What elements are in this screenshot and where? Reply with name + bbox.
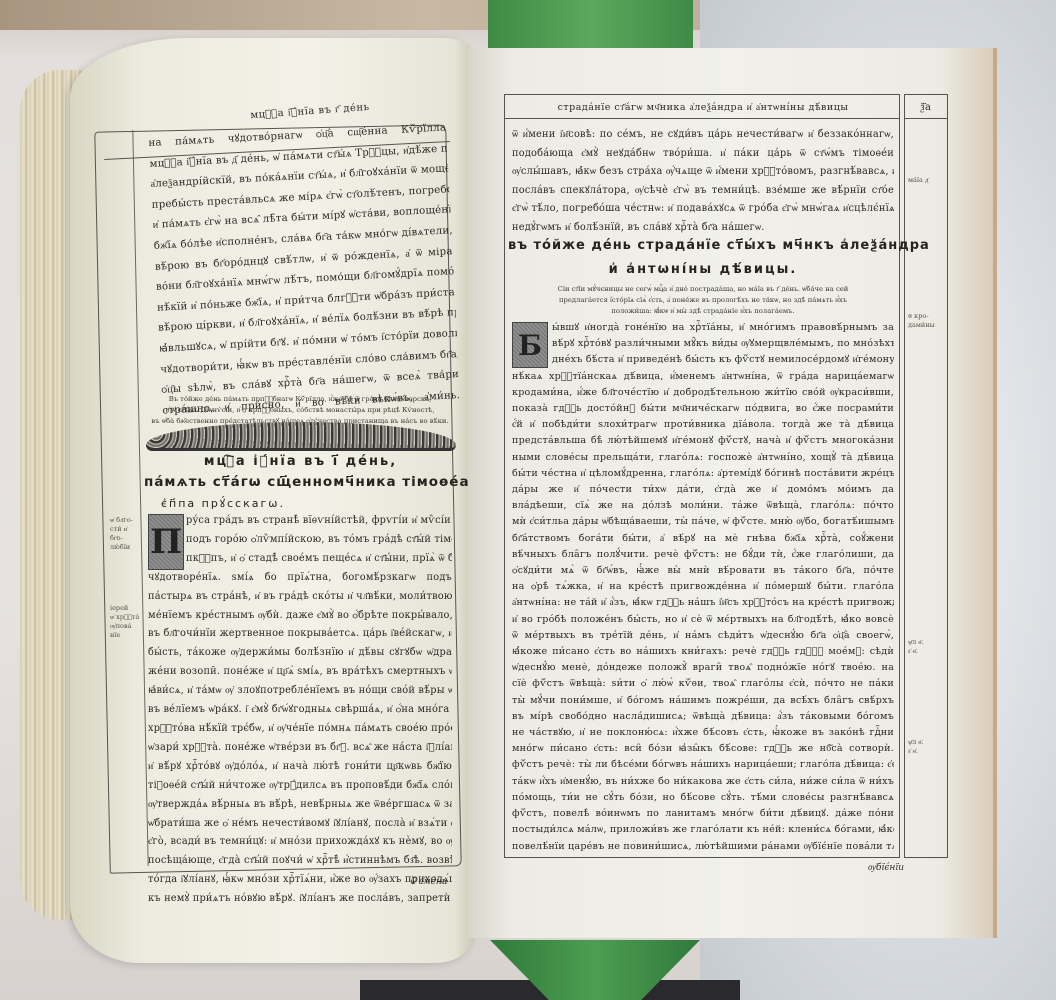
text-line: мѝ є҆си́тльа да́ры ѡ҆бѣща́ваеши, ты̀ па́… — [512, 514, 894, 530]
text-line: кродами́на, и҆́же бл҃гоче́стїю и҆ доброд… — [512, 385, 894, 401]
right-margin-note-3: ѱ҃л ѳ҃. ѕ҃ ѳ҃. — [908, 638, 946, 656]
text-line: ѻ҆сꙋди́ти мѧ̀ ѿ бг҃ѡ́въ, ꙗ҆́же вы̀ мнѝ в… — [512, 563, 894, 579]
text-line: бы́сть, та́коже ѹ҆держи́мы болѣ́знїю и҆ … — [148, 644, 452, 663]
text-line: фѷ́стъ, повелѣ̀ во́инѡмъ по ланитамъ мно… — [512, 806, 894, 822]
right-margin-note-2: ѿ кро- дами́ны — [908, 312, 946, 330]
text-line: бы́ти че́стна и҆ цѣломꙋ́дренна, глаго́лѧ… — [512, 466, 894, 482]
right-margin-note-4: ѱ҃л ѳ҃. ѕ҃ ѳ҃. — [908, 738, 946, 756]
text-line: ѿ ме́ртвыхъ въ тре́тїй де́нь, и҆ на́мъ с… — [512, 628, 894, 644]
text-line: подъ горо́ю ѻ҆лѷмпі́йскою, въ то́мъ гра́… — [148, 531, 452, 550]
left-text-bottom: ру́са гра́дъ въ странѣ̀ вїѳѵні́йстѣй, фр… — [148, 512, 452, 909]
text-line: и҆ вѣ́рꙋ хрⷭ҇то́вꙋ ѹ҆до́ло́ѧ, и҆ нача̀ л… — [148, 758, 452, 777]
right-margin-note-1: ма́їа д҃ — [908, 176, 946, 185]
text-line: ными слове́сы прельща́ти, глаго́лѧ: госп… — [512, 450, 894, 466]
right-heading-line-1: въ то́йже де́нь страда́нїе ст҃ы́хъ мч҃нк… — [508, 238, 898, 253]
text-line: бг҃а́тствомъ бога́ти бы́ти, а҆ вѣ́рꙋ на … — [512, 531, 894, 547]
text-line: въ ве́лїемъ ѡ҆ра́кꙋ. і҆ є҆мꙋ̀ бг҃ѡ́ꙋгодн… — [148, 701, 452, 720]
text-line: є҆гѡ̀ тѣ́ло, погребо́ша че́стнѡ: и҆ пода… — [512, 200, 894, 219]
left-margin-note-1: ѡ҆ бл҃го- сти́ и҆ бг҃о- лю́бїи — [110, 516, 144, 552]
note-line: и҆ ѡ҆ ст҃ѣ́мъ Дїѡнѵ́сїи, и҆ ѻ҆ прпⷣ҇бных… — [150, 405, 450, 416]
text-line: вла́дѣеши, сїѧ̀ же на до́лзѣ моли́ни. та… — [512, 498, 894, 514]
text-line: ру́са гра́дъ въ странѣ̀ вїѳѵні́йстѣй, фр… — [148, 512, 452, 531]
text-line: ꙗ҆ви́сѧ, и҆ та́мѡ ѹ҆ злоꙋпотребле́нїемъ … — [148, 682, 452, 701]
text-line: повелѣ́нїи царе́въ не повини́шисѧ, лю́тѣ… — [512, 839, 894, 855]
text-line: показа̀ гдⷭ҇ь досто́йнꙋ бы́ти мч҃ниче́ск… — [512, 401, 894, 417]
left-page: мцⷭ҇а і҆ꙋ́нїа въ г҃ де́нь на па́мѧть чꙋд… — [70, 38, 475, 963]
note-line: Въ то́йже де́нь па́мѧть прпⷣ҇бнагѡ Кѷ́рї… — [150, 394, 450, 405]
text-line: ꙗ҆́коже пи́сано є҆сть во на́шихъ кни́гах… — [512, 644, 894, 660]
text-line: посѣща́юще, є҆гда̀ ст҃ы́й поꙋчи́ ѡ҆ хрⷭ҇… — [148, 852, 452, 871]
text-line: нѣ́каѧ хрⷭ҇тїа́нскаѧ дѣ́вица, и҆́менемъ … — [512, 369, 894, 385]
text-line: на ѻ҆рѣ̀ тѧ́жка, и҆ на кре́стѣ пригвожде… — [512, 579, 894, 595]
text-line: то́гда і҆ꙋлі́анꙋ, ꙗ҆́кѡ мно́зи хрⷭ҇тїѧ́н… — [148, 871, 452, 890]
note-line: предлага́ется і҆сто́рїѧ сїѧ̀ є҆сть, а҆ п… — [508, 295, 898, 306]
text-line: вѣ́чныхъ бла̑гъ полꙋ́чити. речѐ фѷ́стъ: … — [512, 547, 894, 563]
left-title-line-2: па́мѧть ст҃а́гѡ сщ҃енномч҃ника тімоѳе́а, — [144, 474, 456, 490]
right-running-head: страда́нїе ст҃а́гѡ мч҃ника а҆леѯа́ндра и… — [508, 102, 898, 113]
text-line: ѹ҆слы́шавъ, ꙗ҆́кѡ безъ стра́ха ѹ҆́чѧще ѿ… — [512, 163, 894, 182]
text-line: да́ры же и҆ по́чести ти́хѡ да́ти, є҆гда̀… — [512, 482, 894, 498]
text-line: ы́вшꙋ и҆ногда̀ гоне́нїю на хрⷭ҇тїа́ны, и… — [512, 320, 894, 336]
text-line: ѡ҆деснꙋ́ю менѐ, до́ндеже положꙋ̀ враги̑ … — [512, 660, 894, 676]
text-line: недꙋ́гѡмъ и҆ болѣ́знїй, въ сла́вꙋ хрⷭ҇та… — [512, 219, 894, 238]
text-line: къ немꙋ̀ при́ѧтъ но́вꙋю вѣ́рꙋ. і҆ꙋлі́анъ… — [148, 890, 452, 909]
text-line: ѡ҆брати́ша же ѻ҆ не́мъ нечести́вомꙋ і҆ꙋл… — [148, 815, 452, 834]
text-line: же́ни возопи̑. поне́же и҆ цр҃ѧ̀ ѕмі́ѧ, в… — [148, 663, 452, 682]
text-line: и҆ во гро́бѣ положе́нъ бы́сть, но и҆ сѐ … — [512, 612, 894, 628]
right-running-head-rule — [504, 118, 900, 119]
text-line: дне́хъ бѣ́ста и҆ приведе́нѣ бы́сть къ фѷ… — [512, 352, 894, 368]
left-title-line-1: мцⷭ҇а і҆ꙋ́нїа въ і҃ де́нь, — [148, 454, 453, 469]
text-line: хрⷭ҇то́ва нѣ́кїй трє́бѡ, и҆ ѹ҆че́нїе по́… — [148, 720, 452, 739]
note-line: положи́ша: ꙗ҆́кѡ и҆ мы̀ здѣ̀ страда́нїе … — [508, 306, 898, 317]
right-small-note: Сі́и ст҃і́и мꙋ́чєницы не сегѡ̀ мцⷭ҇а и҆ … — [508, 284, 898, 317]
text-line: є҆́й и҆ побѣди́ти ѕлохи́трагѡ проти́вник… — [512, 417, 894, 433]
text-line: вѣ́рꙋ хрⷭ҇то́вꙋ разли́чными мꙋ̑къ ви́ды … — [512, 336, 894, 352]
text-line: по́мощь, ти́и не сꙋ́ть бо́зи, но бѣ́сове… — [512, 790, 894, 806]
text-line: ѿ и҆́мени і҆и҃совѣ: по се́мъ, не сꙋди́въ… — [512, 126, 894, 145]
text-line: тіⷨоѳе́й ст҃ы́й ни́чтоже ѹ҆трꙋ́дилсѧ въ … — [148, 777, 452, 796]
text-line: па́стырѧ въ стра́нѣ, и҆ въ гра́дѣ ско́ты… — [148, 588, 452, 607]
text-line: чꙋдотворе́нїѧ. ѕмі́ѧ бо прїѧ́тна, богомѣ… — [148, 569, 452, 588]
right-page: страда́нїе ст҃а́гѡ мч҃ника а҆леѯа́ндра и… — [468, 48, 997, 938]
right-heading-line-2: и҆ а҆нтѡні́ны дѣ́вицы. — [508, 262, 898, 277]
text-line: подоба́юща є҆мꙋ̀ неꙋда́бнѡ тво́ри́ша. и҆… — [512, 145, 894, 164]
page-number: ѯ҃а — [906, 102, 946, 113]
text-line: а҆нтѡні́на: не та́й и҆ а҆́зъ, ꙗ҆́кѡ гдⷭ҇… — [512, 595, 894, 611]
text-line: постыди́лсѧ ма́лѡ, приложи́въ же глаго́л… — [512, 822, 894, 838]
text-line: ѹ҆твержда́ѧ вѣ́рныѧ въ вѣ́рѣ, невѣ́рныѧ … — [148, 796, 452, 815]
text-line: ме́нїемъ кре́стнымъ ѹ҆бѝ. даже є҆мꙋ̀ во … — [148, 607, 452, 626]
left-title-line-3: є҆п҃па прꙋ́сскагѡ. — [148, 496, 298, 511]
text-line: предста́вльша бѣ̀ лю́тѣйшемꙋ и҆ге́монꙋ ф… — [512, 433, 894, 449]
text-line: ты̀ мꙋ́чи пони́мше, и҆ бо́гомъ на́шимъ п… — [512, 693, 894, 709]
text-line: сїѐ фѷ́стъ ѿвѣща̀: ѕи́ти ѻ҆ лю́ѡ̀ кѷ́ѳи,… — [512, 676, 894, 692]
note-line: Сі́и ст҃і́и мꙋ́чєницы не сегѡ̀ мцⷭ҇а и҆ … — [508, 284, 898, 295]
text-line: ѡ҆зари́ хрⷭ҇та̀. поне́же ѡ҆тве́рзи въ бг… — [148, 739, 452, 758]
page-number-rule — [904, 118, 948, 119]
text-line: въ мі́рѣ свобо́дно насла́дишисѧ; ѿвѣща̀ … — [512, 709, 894, 725]
text-line: та́кѡ и҆́хъ и҆менꙋ́ю, въ ни́хже бо ни́ка… — [512, 774, 894, 790]
right-text-top: ѿ и҆́мени і҆и҃совѣ: по се́мъ, не сꙋди́въ… — [512, 126, 894, 237]
text-line: посла́въ спекꙋла́тора, ѹ҆сѣчѐ є҆гѡ̀ въ т… — [512, 182, 894, 201]
left-catchword: ѿ и҆ме́ни — [410, 876, 448, 887]
left-text-top: на па́мѧть чꙋдотво́рнагѡ ѻ҆ц҃а̀ сщ҃е́нна… — [148, 118, 461, 422]
left-margin-note-2: іерей ѡ҆ хрⷭ҇та́ ѹ҆пова́ нїе — [110, 604, 144, 640]
text-line: мно́гѡ пи́сано є҆сть: вси̑ бо́зи ꙗ҆зы̑къ… — [512, 741, 894, 757]
left-running-head: мцⷭ҇а і҆ꙋ́нїа въ г҃ де́нь — [210, 99, 410, 124]
text-line: є҆го̀, всади́ въ темни́цꙋ: и҆ мно́зи при… — [148, 833, 452, 852]
right-text-bottom: ы́вшꙋ и҆ногда̀ гоне́нїю на хрⷭ҇тїа́ны, и… — [512, 320, 894, 855]
right-catchword: ѹ҆бїє́нїи — [868, 862, 904, 873]
text-line: пкⷭ҇пъ, и҆ ѻ҆ стадѣ̀ свое́мъ пеще́сѧ и҆ … — [148, 550, 452, 569]
text-line: фѷ́стъ речѐ: ты̀ ли бѣсе́ми бо́гѡвъ на́ш… — [512, 757, 894, 773]
text-line: въ бл҃гочи́нїи жертвенное покрыва́етсѧ. … — [148, 625, 452, 644]
text-line: не ча́ствꙋю, и҆ не поклоню́сѧ: и҆́хже бѣ… — [512, 725, 894, 741]
